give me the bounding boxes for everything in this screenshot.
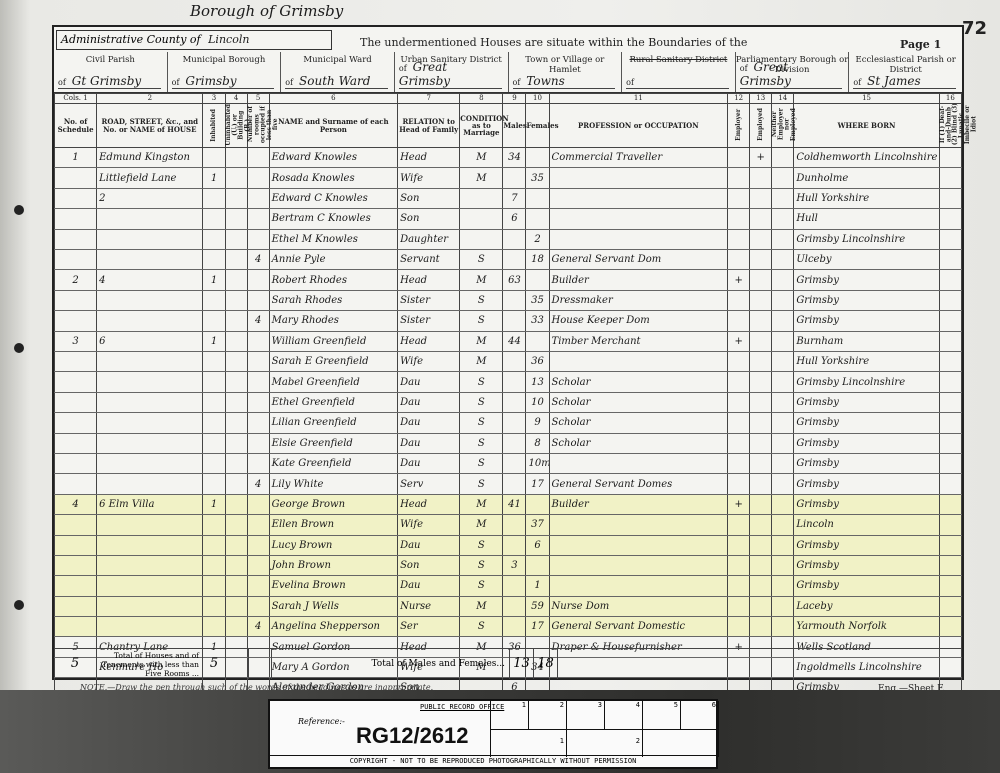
cell-employer — [728, 515, 750, 535]
cell-employed — [750, 372, 772, 392]
cell-rooms — [247, 229, 269, 249]
cell-schedule — [55, 576, 97, 596]
cell-relation: Son — [398, 555, 460, 575]
houses-total-label: Total of Houses and of Tenements with le… — [97, 649, 203, 679]
cell-condition: S — [460, 555, 503, 575]
cell-schedule — [55, 596, 97, 616]
cell-female-age — [526, 494, 549, 514]
cell-female-age: 35 — [526, 290, 549, 310]
column-number-row: Cols. 1 2 3 4 5 6 7 8 9 10 11 12 13 14 1… — [55, 94, 962, 104]
cell-occupation — [549, 555, 728, 575]
cell-inh — [203, 148, 225, 168]
cell-infirmity — [939, 209, 961, 229]
cell-unin — [225, 209, 247, 229]
schedule-total: 5 — [54, 649, 97, 679]
area-parliamentary: Parliamentary Borough or DivisionofGreat… — [736, 52, 850, 92]
cell-female-age: 37 — [526, 515, 549, 535]
cell-inh — [203, 311, 225, 331]
cell-relation: Servant — [398, 250, 460, 270]
cell-relation: Dau — [398, 453, 460, 473]
cell-occupation: General Servant Domes — [549, 474, 728, 494]
cell-rooms: 4 — [247, 311, 269, 331]
cell-infirmity — [939, 433, 961, 453]
cell-employer — [728, 474, 750, 494]
cell-born: Grimsby — [794, 474, 939, 494]
census-page: Borough of Grimsby 72 Administrative Cou… — [0, 0, 1000, 700]
cell-unin — [225, 270, 247, 290]
cell-infirmity — [939, 453, 961, 473]
cell-schedule: 3 — [55, 331, 97, 351]
cell-unin — [225, 331, 247, 351]
cell-condition: M — [460, 515, 503, 535]
cell-relation: Wife — [398, 168, 460, 188]
cell-unin — [225, 576, 247, 596]
cell-employer — [728, 209, 750, 229]
cell-relation: Serv — [398, 474, 460, 494]
cell-relation: Son — [398, 188, 460, 208]
cell-unin — [225, 392, 247, 412]
cell-born: Grimsby — [794, 576, 939, 596]
cell-employed — [750, 352, 772, 372]
cell-employed — [750, 494, 772, 514]
cell-infirmity — [939, 250, 961, 270]
cell-employed — [750, 576, 772, 596]
cell-female-age — [526, 209, 549, 229]
cell-employed — [750, 555, 772, 575]
header-where-born: WHERE BORN — [794, 104, 939, 148]
cell-male-age: 41 — [503, 494, 526, 514]
cell-condition — [460, 188, 503, 208]
cell-employed: + — [750, 148, 772, 168]
cell-condition: M — [460, 596, 503, 616]
table-row: 4Mary RhodesSisterS33House Keeper DomGri… — [55, 311, 962, 331]
cell-male-age: 6 — [503, 209, 526, 229]
cell-condition: S — [460, 392, 503, 412]
cell-name: George Brown — [269, 494, 397, 514]
cell-born: Grimsby — [794, 433, 939, 453]
cell-relation: Sister — [398, 290, 460, 310]
cell-name: Sarah J Wells — [269, 596, 397, 616]
cell-relation: Son — [398, 209, 460, 229]
cell-male-age: 44 — [503, 331, 526, 351]
cell-employer — [728, 576, 750, 596]
cell-name: John Brown — [269, 555, 397, 575]
cell-male-age — [503, 433, 526, 453]
cell-employed — [750, 188, 772, 208]
cell-born: Grimsby — [794, 270, 939, 290]
cell-unin — [225, 148, 247, 168]
cell-employed — [750, 311, 772, 331]
cell-road — [97, 372, 203, 392]
cell-inh — [203, 209, 225, 229]
cell-male-age — [503, 372, 526, 392]
cell-infirmity — [939, 617, 961, 637]
header-road: ROAD, STREET, &c., and No. or NAME of HO… — [97, 104, 203, 148]
table-row: 46 Elm Villa1George BrownHeadM41Builder+… — [55, 494, 962, 514]
cell-male-age: 3 — [503, 555, 526, 575]
cell-female-age: 6 — [526, 535, 549, 555]
females-total: 18 — [534, 649, 558, 679]
cell-occupation: Commercial Traveller — [549, 148, 728, 168]
cell-schedule — [55, 453, 97, 473]
cell-employed — [750, 250, 772, 270]
cell-occupation — [549, 352, 728, 372]
cell-infirmity — [939, 229, 961, 249]
cell-relation: Head — [398, 331, 460, 351]
cell-relation: Nurse — [398, 596, 460, 616]
cell-neither — [772, 555, 794, 575]
cell-rooms — [247, 555, 269, 575]
cell-road: 6 Elm Villa — [97, 494, 203, 514]
cell-employed — [750, 331, 772, 351]
cell-rooms — [247, 535, 269, 555]
cell-road — [97, 392, 203, 412]
cell-rooms — [247, 290, 269, 310]
cell-employer — [728, 392, 750, 412]
cell-unin — [225, 433, 247, 453]
cell-infirmity — [939, 535, 961, 555]
table-row: Sarah RhodesSisterS35DressmakerGrimsby — [55, 290, 962, 310]
cell-neither — [772, 453, 794, 473]
cell-rooms — [247, 392, 269, 412]
cell-female-age — [526, 270, 549, 290]
cell-name: Lucy Brown — [269, 535, 397, 555]
cell-condition: M — [460, 352, 503, 372]
cell-employer — [728, 168, 750, 188]
cell-inh — [203, 352, 225, 372]
cell-male-age — [503, 168, 526, 188]
header-condition: CONDITION as to Marriage — [460, 104, 503, 148]
cell-born: Grimsby — [794, 453, 939, 473]
cell-neither — [772, 250, 794, 270]
cell-female-age — [526, 188, 549, 208]
cell-male-age — [503, 515, 526, 535]
table-row: Lucy BrownDauS6Grimsby — [55, 535, 962, 555]
cell-inh — [203, 433, 225, 453]
cell-condition: S — [460, 617, 503, 637]
cell-schedule — [55, 352, 97, 372]
cell-rooms — [247, 331, 269, 351]
cell-female-age: 9 — [526, 413, 549, 433]
cell-male-age — [503, 250, 526, 270]
cell-road — [97, 535, 203, 555]
cell-name: Ethel M Knowles — [269, 229, 397, 249]
cell-condition: S — [460, 250, 503, 270]
cell-neither — [772, 596, 794, 616]
table-row: 361William GreenfieldHeadM44Timber Merch… — [55, 331, 962, 351]
cell-rooms — [247, 209, 269, 229]
cell-employer — [728, 229, 750, 249]
cell-unin — [225, 372, 247, 392]
area-ecclesiastical: Ecclesiastical Parish or DistrictofSt Ja… — [849, 52, 962, 92]
cell-inh: 1 — [203, 494, 225, 514]
cell-male-age — [503, 229, 526, 249]
cell-relation: Head — [398, 270, 460, 290]
cell-unin — [225, 494, 247, 514]
cell-neither — [772, 331, 794, 351]
cell-rooms — [247, 413, 269, 433]
cell-neither — [772, 535, 794, 555]
cell-neither — [772, 372, 794, 392]
area-civil-parish: Civil ParishofGt Grimsby — [54, 52, 168, 92]
copyright-notice: COPYRIGHT - NOT TO BE REPRODUCED PHOTOGR… — [270, 755, 716, 767]
cell-born: Ulceby — [794, 250, 939, 270]
cell-rooms — [247, 515, 269, 535]
cell-occupation — [549, 209, 728, 229]
cell-inh — [203, 413, 225, 433]
cell-occupation: Scholar — [549, 413, 728, 433]
cell-inh: 1 — [203, 331, 225, 351]
cell-rooms — [247, 352, 269, 372]
males-total: 13 — [510, 649, 534, 679]
cell-neither — [772, 413, 794, 433]
cell-neither — [772, 290, 794, 310]
cell-employed — [750, 515, 772, 535]
cell-road — [97, 617, 203, 637]
cell-neither — [772, 311, 794, 331]
cell-rooms — [247, 270, 269, 290]
cell-employer — [728, 148, 750, 168]
cell-road: 2 — [97, 188, 203, 208]
cell-unin — [225, 535, 247, 555]
cell-inh — [203, 555, 225, 575]
cell-name: Lily White — [269, 474, 397, 494]
table-row: 2Edward C KnowlesSon7Hull Yorkshire — [55, 188, 962, 208]
header-inhabited: Inhabited — [203, 104, 225, 148]
table-row: Evelina BrownDauS1Grimsby — [55, 576, 962, 596]
column-header-row: No. of Schedule ROAD, STREET, &c., and N… — [55, 104, 962, 148]
cell-born: Hull Yorkshire — [794, 188, 939, 208]
cell-schedule — [55, 555, 97, 575]
cell-rooms — [247, 148, 269, 168]
cell-female-age: 59 — [526, 596, 549, 616]
cell-rooms — [247, 372, 269, 392]
cell-name: Bertram C Knowles — [269, 209, 397, 229]
cell-road — [97, 290, 203, 310]
cell-born: Laceby — [794, 596, 939, 616]
houses-total: 5 — [203, 649, 226, 679]
cell-schedule — [55, 188, 97, 208]
cell-neither — [772, 209, 794, 229]
cell-condition: M — [460, 331, 503, 351]
cell-schedule — [55, 535, 97, 555]
cell-employer — [728, 617, 750, 637]
cell-name: Ellen Brown — [269, 515, 397, 535]
borough-heading: Borough of Grimsby — [190, 2, 343, 20]
cell-employer — [728, 555, 750, 575]
cell-schedule — [55, 168, 97, 188]
cell-employed — [750, 433, 772, 453]
header-occupation: PROFESSION or OCCUPATION — [549, 104, 728, 148]
table-row: Ellen BrownWifeM37Lincoln — [55, 515, 962, 535]
cell-condition: M — [460, 270, 503, 290]
cell-inh — [203, 392, 225, 412]
cell-schedule: 1 — [55, 148, 97, 168]
cell-born: Grimsby Lincolnshire — [794, 229, 939, 249]
cell-male-age — [503, 352, 526, 372]
cell-rooms: 4 — [247, 250, 269, 270]
cell-male-age — [503, 596, 526, 616]
cell-employer — [728, 250, 750, 270]
cell-born: Yarmouth Norfolk — [794, 617, 939, 637]
cell-male-age — [503, 617, 526, 637]
cell-inh — [203, 596, 225, 616]
cell-inh — [203, 515, 225, 535]
cell-female-age: 13 — [526, 372, 549, 392]
area-rural-sanitary: Rural Sanitary Districtof — [622, 52, 736, 92]
reference-label: Reference:- — [298, 717, 345, 726]
cell-unin — [225, 474, 247, 494]
cell-born: Lincoln — [794, 515, 939, 535]
cell-born: Hull — [794, 209, 939, 229]
cell-employer — [728, 188, 750, 208]
cell-employed — [750, 168, 772, 188]
cell-male-age: 34 — [503, 148, 526, 168]
cell-born: Grimsby — [794, 392, 939, 412]
cell-born: Grimsby — [794, 413, 939, 433]
cell-employer: + — [728, 494, 750, 514]
header-employed: Employed — [750, 104, 772, 148]
cell-female-age: 1 — [526, 576, 549, 596]
cell-schedule — [55, 372, 97, 392]
cell-female-age: 10 — [526, 392, 549, 412]
cell-relation: Head — [398, 494, 460, 514]
cell-occupation — [549, 515, 728, 535]
cell-infirmity — [939, 188, 961, 208]
cell-schedule — [55, 209, 97, 229]
cell-name: Kate Greenfield — [269, 453, 397, 473]
cell-employer — [728, 311, 750, 331]
cell-name: Elsie Greenfield — [269, 433, 397, 453]
header-males: Males — [503, 104, 526, 148]
cell-road — [97, 453, 203, 473]
cell-neither — [772, 168, 794, 188]
cell-born: Coldhemworth Lincolnshire — [794, 148, 939, 168]
cell-female-age: 36 — [526, 352, 549, 372]
cell-employed — [750, 535, 772, 555]
scale-ruler: 123 456 12 — [490, 701, 719, 757]
reference-code: RG12/2612 — [356, 723, 469, 749]
table-row: 4Angelina SheppersonSerS17General Servan… — [55, 617, 962, 637]
cell-unin — [225, 453, 247, 473]
cell-employer — [728, 352, 750, 372]
table-row: Mabel GreenfieldDauS13ScholarGrimsby Lin… — [55, 372, 962, 392]
cell-employed — [750, 392, 772, 412]
cell-relation: Dau — [398, 413, 460, 433]
cell-male-age — [503, 392, 526, 412]
cell-occupation: House Keeper Dom — [549, 311, 728, 331]
cell-occupation: General Servant Domestic — [549, 617, 728, 637]
header-infirmity: If (1) Deaf-and-Dumb (2) Blind (3) Lunat… — [939, 104, 961, 148]
cell-rooms — [247, 433, 269, 453]
cell-neither — [772, 474, 794, 494]
cell-female-age — [526, 148, 549, 168]
census-rows: 1Edmund KingstonEdward KnowlesHeadM34Com… — [55, 148, 962, 773]
cell-relation: Wife — [398, 352, 460, 372]
cell-employed — [750, 290, 772, 310]
cell-relation: Head — [398, 148, 460, 168]
cell-unin — [225, 515, 247, 535]
cell-neither — [772, 188, 794, 208]
cell-occupation: Dressmaker — [549, 290, 728, 310]
cell-occupation: Builder — [549, 270, 728, 290]
cell-occupation — [549, 453, 728, 473]
table-row: John BrownSonS3Grimsby — [55, 555, 962, 575]
header-schedule: No. of Schedule — [55, 104, 97, 148]
cell-neither — [772, 576, 794, 596]
table-row: Sarah E GreenfieldWifeM36Hull Yorkshire — [55, 352, 962, 372]
cell-employed — [750, 617, 772, 637]
cell-inh — [203, 290, 225, 310]
cell-female-age: 8 — [526, 433, 549, 453]
cell-born: Hull Yorkshire — [794, 352, 939, 372]
cell-unin — [225, 413, 247, 433]
cell-road — [97, 352, 203, 372]
table-row: Sarah J WellsNurseM59Nurse DomLaceby — [55, 596, 962, 616]
cell-infirmity — [939, 311, 961, 331]
cell-neither — [772, 392, 794, 412]
header-uninhabited: Uninhabited (U.) or Building (B.) — [225, 104, 247, 148]
cell-born: Grimsby — [794, 290, 939, 310]
table-row: 241Robert RhodesHeadM63Builder+Grimsby — [55, 270, 962, 290]
males-females-label: Total of Males and Females... — [272, 649, 510, 679]
cell-infirmity — [939, 515, 961, 535]
cell-condition: M — [460, 494, 503, 514]
table-row: 4Annie PyleServantS18General Servant Dom… — [55, 250, 962, 270]
cell-schedule — [55, 250, 97, 270]
cell-inh — [203, 535, 225, 555]
cell-rooms — [247, 188, 269, 208]
binding-hole — [14, 343, 24, 353]
cell-employer — [728, 453, 750, 473]
cell-infirmity — [939, 372, 961, 392]
cell-name: Annie Pyle — [269, 250, 397, 270]
cell-female-age: 17 — [526, 617, 549, 637]
cell-unin — [225, 596, 247, 616]
cell-female-age: 10mo — [526, 453, 549, 473]
table-row: Ethel GreenfieldDauS10ScholarGrimsby — [55, 392, 962, 412]
cell-employer — [728, 413, 750, 433]
cell-name: Lilian Greenfield — [269, 413, 397, 433]
cell-name: William Greenfield — [269, 331, 397, 351]
cell-employed — [750, 270, 772, 290]
cell-unin — [225, 188, 247, 208]
cell-condition: S — [460, 453, 503, 473]
cell-inh — [203, 617, 225, 637]
table-row: Elsie GreenfieldDauS8ScholarGrimsby — [55, 433, 962, 453]
cell-infirmity — [939, 290, 961, 310]
area-municipal-borough: Municipal BoroughofGrimsby — [168, 52, 282, 92]
cell-name: Sarah E Greenfield — [269, 352, 397, 372]
cell-relation: Wife — [398, 515, 460, 535]
cell-rooms — [247, 494, 269, 514]
cell-schedule — [55, 290, 97, 310]
cell-occupation: Nurse Dom — [549, 596, 728, 616]
admin-county-label: Administrative County of — [61, 33, 201, 46]
cell-neither — [772, 515, 794, 535]
cell-name: Robert Rhodes — [269, 270, 397, 290]
cell-rooms — [247, 576, 269, 596]
cell-male-age — [503, 413, 526, 433]
cell-unin — [225, 290, 247, 310]
cell-rooms — [247, 453, 269, 473]
header-relation: RELATION to Head of Family — [398, 104, 460, 148]
cell-schedule — [55, 229, 97, 249]
area-municipal-ward: Municipal WardofSouth Ward — [281, 52, 395, 92]
cell-female-age: 33 — [526, 311, 549, 331]
cell-occupation: Scholar — [549, 372, 728, 392]
cell-schedule — [55, 433, 97, 453]
